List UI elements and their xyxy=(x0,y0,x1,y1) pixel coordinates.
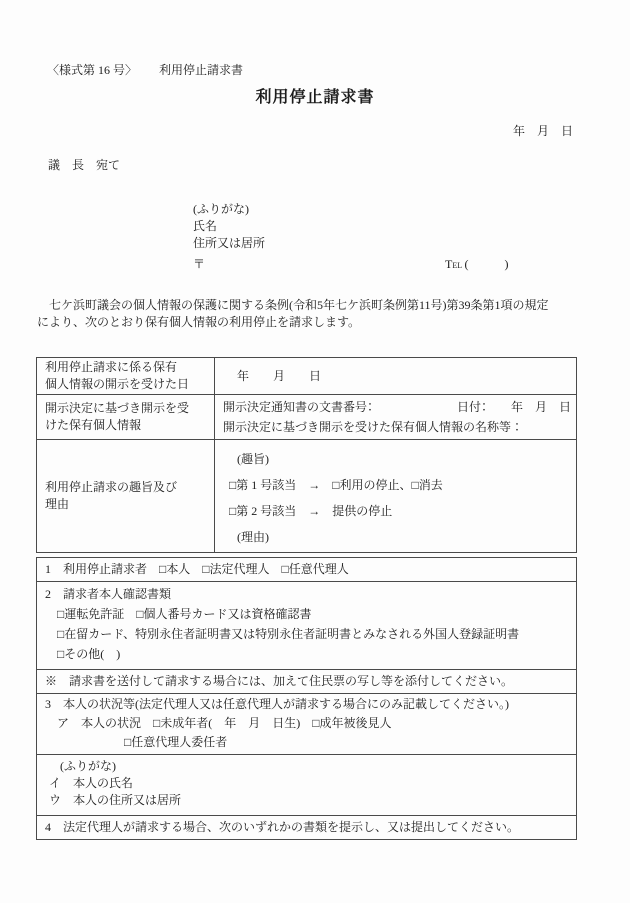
page-title: 利用停止請求書 xyxy=(0,84,630,107)
row1-value-cell: 年 月 日 xyxy=(215,358,577,395)
principal-status-heading: 3 本人の状況等(法定代理人又は任意代理人が請求する場合にのみ記載してください。… xyxy=(45,695,568,714)
purport-label: (趣旨) xyxy=(223,446,568,472)
mailing-note-row: ※ 請求書を送付して請求する場合には、加えて住民票の写し等を添付してください。 xyxy=(37,670,577,694)
postal-mark: 〒 xyxy=(193,257,205,271)
row2-value-cell: 開示決定通知書の文書番号： 日付： 年 月 日 開示決定に基づき開示を受けた保有… xyxy=(215,395,577,440)
row3-value-cell: (趣旨) □第 1 号該当 → □利用の停止、□消去 □第 2 号該当 → 提供… xyxy=(215,440,577,553)
principal-address-line: ウ 本人の住所又は居所 xyxy=(45,792,568,809)
body-paragraph: 七ケ浜町議会の個人情報の保護に関する条例(令和5年七ケ浜町条例第11号)第39条… xyxy=(37,297,549,331)
table-row: 利用停止請求の趣旨及び 理由 (趣旨) □第 1 号該当 → □利用の停止、□消… xyxy=(37,440,577,553)
tel-field: Tel ( ) xyxy=(445,255,509,272)
table-row: 3 本人の状況等(法定代理人又は任意代理人が請求する場合にのみ記載してください。… xyxy=(37,694,577,755)
document-page: 〈様式第 16 号〉利用停止請求書 利用停止請求書 年 月 日 議 長 宛て (… xyxy=(0,0,630,903)
principal-status-row: 3 本人の状況等(法定代理人又は任意代理人が請求する場合にのみ記載してください。… xyxy=(37,694,577,755)
principal-status-line-a: ア 本人の状況 □未成年者( 年 月 日生) □成年被後見人 xyxy=(45,714,568,733)
identity-doc-option: □在留カード、特別永住者証明書又は特別永住者証明書とみなされる外国人登録証明書 xyxy=(45,624,568,644)
requester-type-row: 1 利用停止請求者 □本人 □法定代理人 □任意代理人 xyxy=(37,558,577,582)
address-label: 住所又は居所 xyxy=(193,235,265,252)
tel-blank: ( ) xyxy=(465,257,509,271)
paragraph-line: により、次のとおり保有個人情報の利用停止を請求します。 xyxy=(37,314,549,331)
row2-label-line: 開示決定に基づき開示を受 xyxy=(45,400,206,417)
row2-label-line: けた保有個人情報 xyxy=(45,417,206,434)
row3-label-cell: 利用停止請求の趣旨及び 理由 xyxy=(37,440,215,553)
row3-label-line: 理由 xyxy=(45,496,206,513)
legal-representative-row: 4 法定代理人が請求する場合、次のいずれかの書類を提示し、又は提出してください。 xyxy=(37,816,577,840)
purport-option-1: □第 1 号該当 → □利用の停止、□消去 xyxy=(223,472,568,498)
table-row: 1 利用停止請求者 □本人 □法定代理人 □任意代理人 xyxy=(37,558,577,582)
row1-label-line: 個人情報の開示を受けた日 xyxy=(45,376,206,393)
principal-name-line: イ 本人の氏名 xyxy=(45,775,568,792)
furigana-label: (ふりがな) xyxy=(193,201,265,218)
reason-label: (理由) xyxy=(223,524,568,550)
principal-status-line-b: □任意代理人委任者 xyxy=(45,733,568,752)
table-row: (ふりがな) イ 本人の氏名 ウ 本人の住所又は居所 xyxy=(37,755,577,816)
principal-furigana-label: (ふりがな) xyxy=(45,758,568,775)
table-row: 開示決定に基づき開示を受 けた保有個人情報 開示決定通知書の文書番号： 日付： … xyxy=(37,395,577,440)
form-name-header: 利用停止請求書 xyxy=(159,63,243,77)
row1-label-line: 利用停止請求に係る保有 xyxy=(45,359,206,376)
tel-label: Tel xyxy=(445,257,462,271)
row2-label-cell: 開示決定に基づき開示を受 けた保有個人情報 xyxy=(37,395,215,440)
date-line: 年 月 日 xyxy=(513,122,573,139)
principal-identity-row: (ふりがな) イ 本人の氏名 ウ 本人の住所又は居所 xyxy=(37,755,577,816)
paragraph-line: 七ケ浜町議会の個人情報の保護に関する条例(令和5年七ケ浜町条例第11号)第39条… xyxy=(37,297,549,314)
row3-label-line: 利用停止請求の趣旨及び xyxy=(45,479,206,496)
disclosure-name-line: 開示決定に基づき開示を受けた保有個人情報の名称等： xyxy=(223,417,568,437)
table-row: 4 法定代理人が請求する場合、次のいずれかの書類を提示し、又は提出してください。 xyxy=(37,816,577,840)
requester-info-table: 1 利用停止請求者 □本人 □法定代理人 □任意代理人 2 請求者本人確認書類 … xyxy=(36,557,577,840)
identity-documents-row: 2 請求者本人確認書類 □運転免許証 □個人番号カード又は資格確認書 □在留カー… xyxy=(37,582,577,670)
table-row: 利用停止請求に係る保有 個人情報の開示を受けた日 年 月 日 xyxy=(37,358,577,395)
name-label: 氏名 xyxy=(193,218,265,235)
identity-doc-option: □運転免許証 □個人番号カード又は資格確認書 xyxy=(45,604,568,624)
identity-doc-option: □その他( ) xyxy=(45,644,568,664)
table-row: 2 請求者本人確認書類 □運転免許証 □個人番号カード又は資格確認書 □在留カー… xyxy=(37,582,577,670)
purport-option-2: □第 2 号該当 → 提供の停止 xyxy=(223,498,568,524)
request-detail-table: 利用停止請求に係る保有 個人情報の開示を受けた日 年 月 日 開示決定に基づき開… xyxy=(36,357,577,553)
table-row: ※ 請求書を送付して請求する場合には、加えて住民票の写し等を添付してください。 xyxy=(37,670,577,694)
form-header-line: 〈様式第 16 号〉利用停止請求書 xyxy=(47,61,243,78)
applicant-block: (ふりがな) 氏名 住所又は居所 xyxy=(193,201,265,252)
form-number: 〈様式第 16 号〉 xyxy=(47,63,137,77)
postal-tel-line: 〒 Tel ( ) xyxy=(193,255,577,272)
addressee-line: 議 長 宛て xyxy=(48,156,120,173)
row1-label-cell: 利用停止請求に係る保有 個人情報の開示を受けた日 xyxy=(37,358,215,395)
identity-documents-heading: 2 請求者本人確認書類 xyxy=(45,584,568,604)
disclosure-doc-number-line: 開示決定通知書の文書番号： 日付： 年 月 日 xyxy=(223,397,568,417)
